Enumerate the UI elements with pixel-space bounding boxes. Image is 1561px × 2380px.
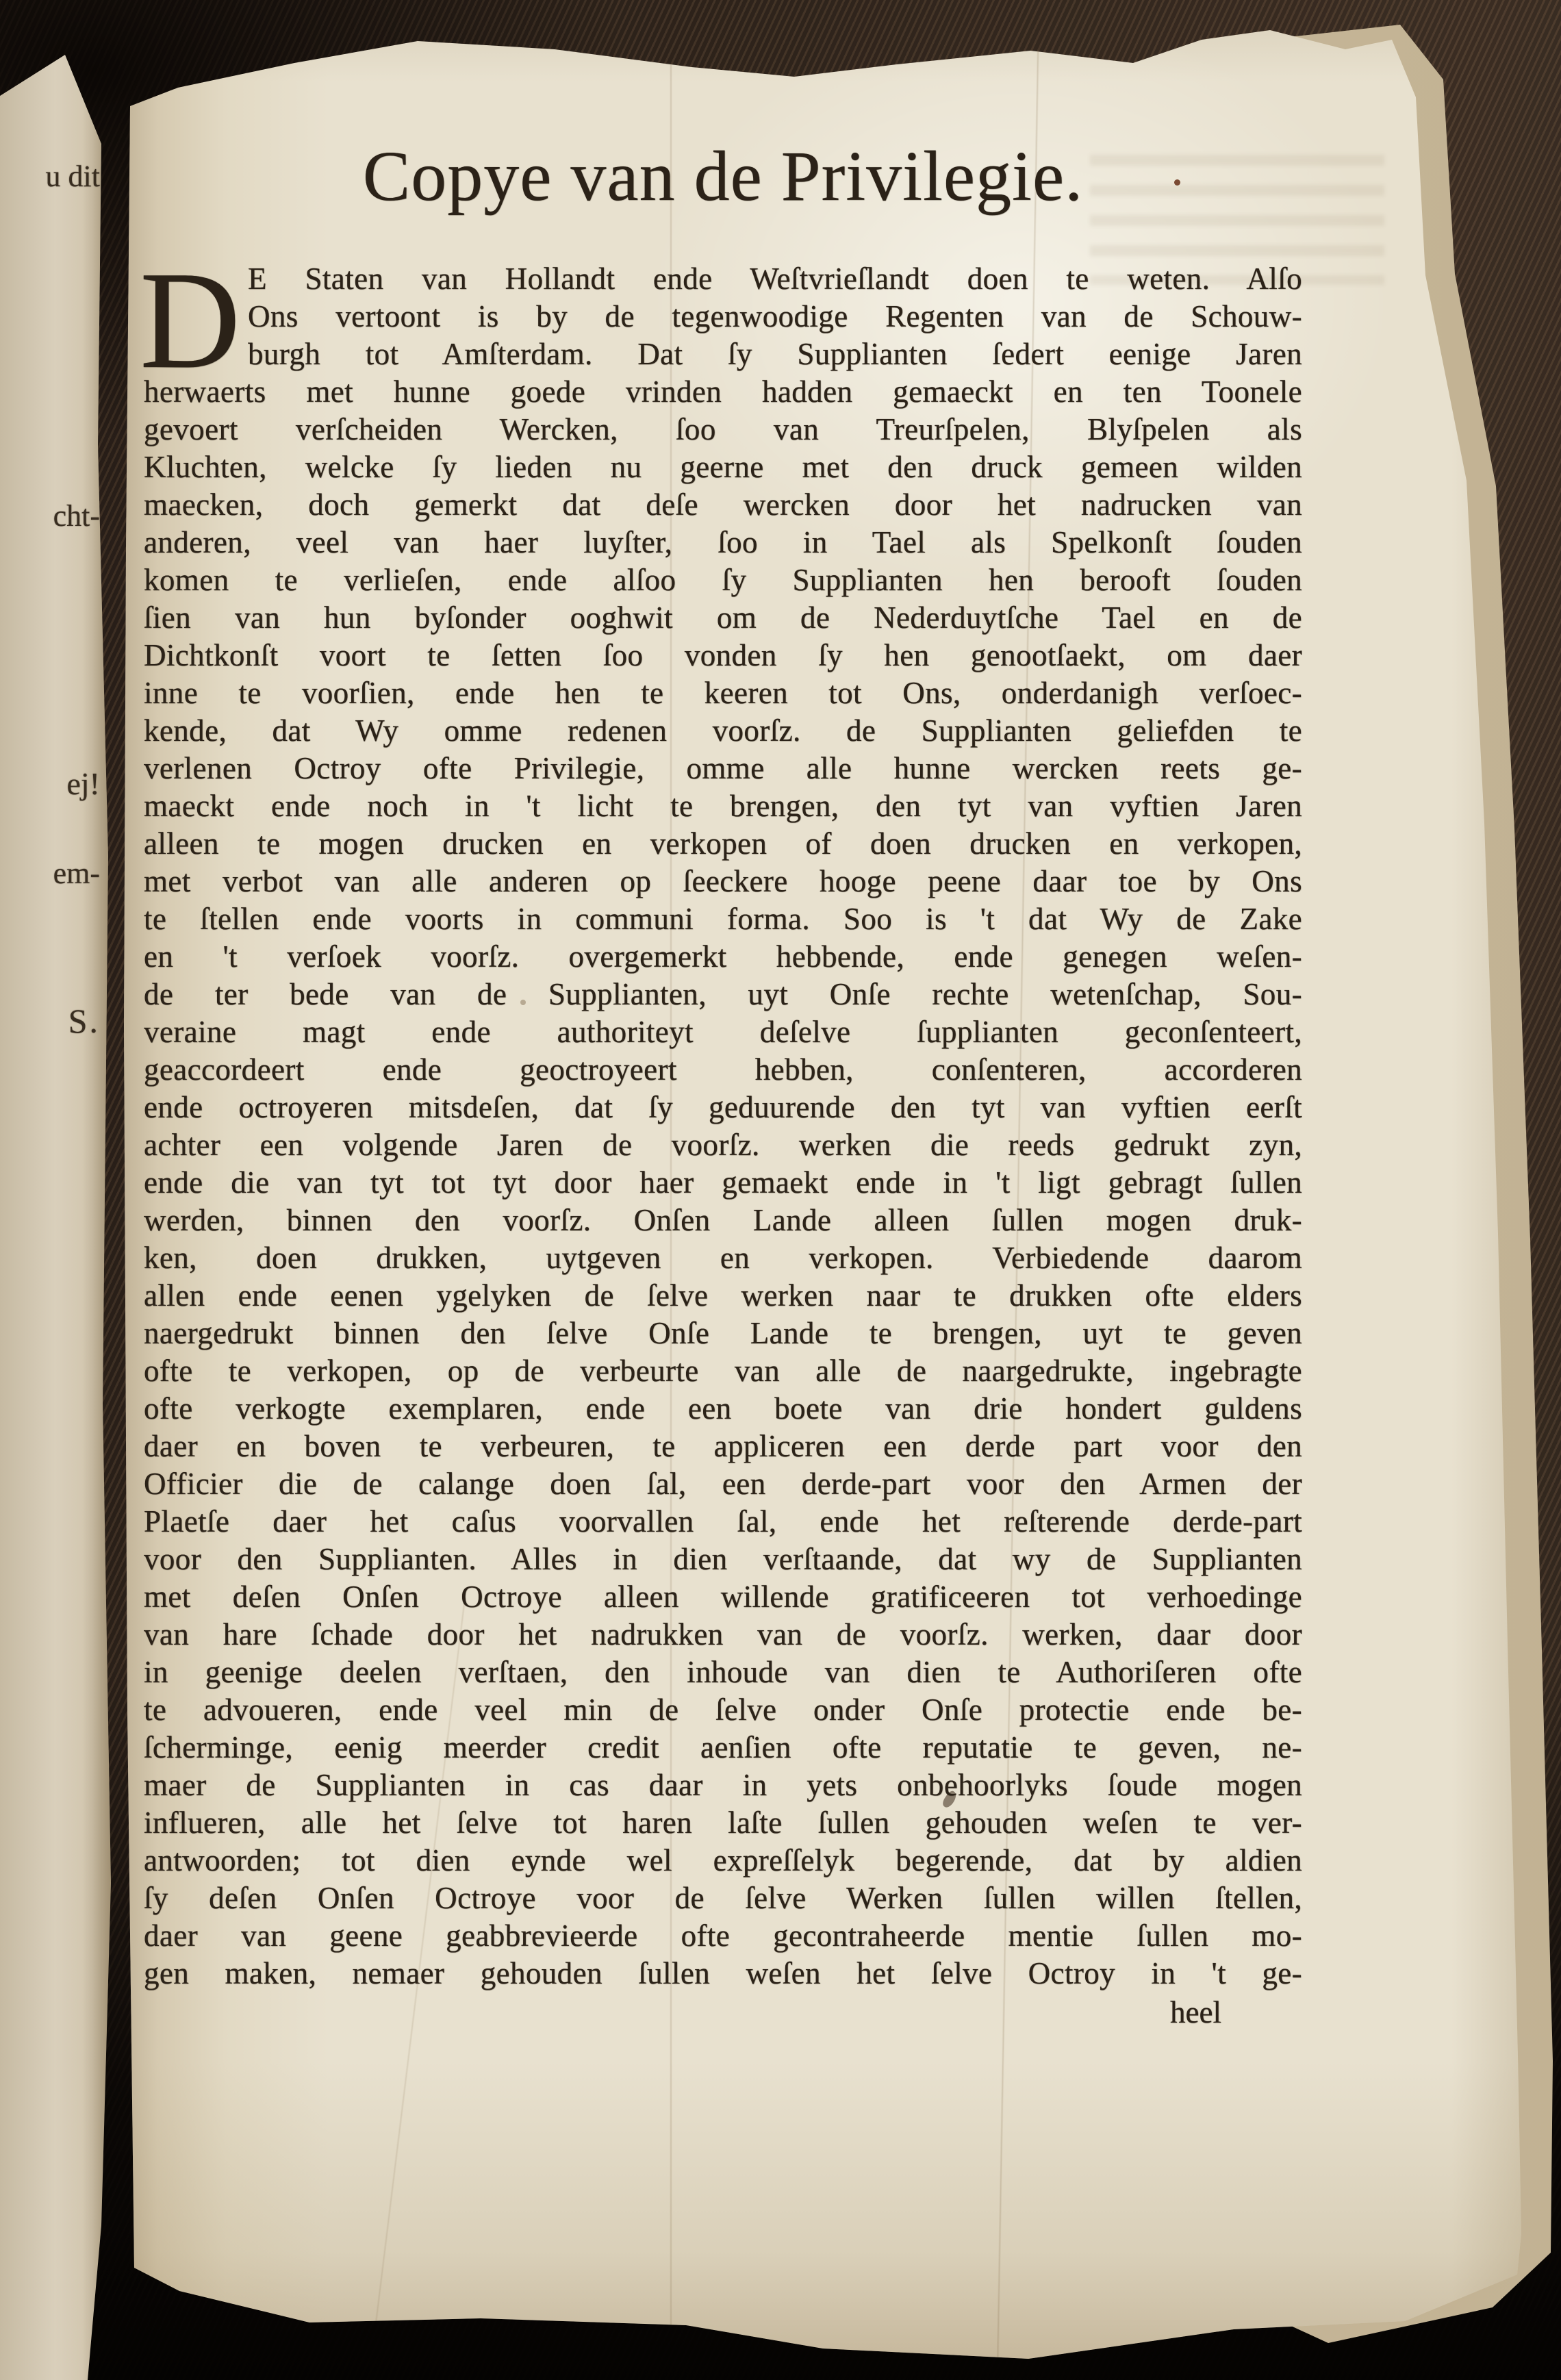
text-line: de ter bede van de Supplianten, uyt Onſe… bbox=[144, 976, 1302, 1013]
text-line: ſy deſen Onſen Octroye voor de ſelve Wer… bbox=[144, 1879, 1302, 1917]
text-line: ken, doen drukken, uytgeven en verkopen.… bbox=[144, 1239, 1302, 1277]
text-line: ende octroyeren mitsdeſen, dat ſy geduur… bbox=[144, 1089, 1302, 1126]
text-line: burgh tot Amſterdam. Dat ſy Supplianten … bbox=[248, 336, 1302, 373]
text-line: Officier die de calange doen ſal, een de… bbox=[144, 1465, 1302, 1503]
facing-page-edge: u ditcht-ej!em-S. bbox=[0, 34, 123, 2380]
text-line: daer en boven te verbeuren, te applicere… bbox=[144, 1428, 1302, 1465]
text-line: werden, binnen den voorſz. Onſen Lande a… bbox=[144, 1202, 1302, 1239]
text-line: Plaetſe daer het caſus voorvallen ſal, e… bbox=[144, 1503, 1302, 1541]
text-line: met deſen Onſen Octroye alleen willende … bbox=[144, 1578, 1302, 1616]
text-line: ſien van hun byſonder ooghwit om de Nede… bbox=[144, 599, 1302, 637]
text-line: voor den Supplianten. Alles in dien verſ… bbox=[144, 1541, 1302, 1578]
text-line: ofte verkogte exemplaren, ende een boete… bbox=[144, 1390, 1302, 1428]
text-line: gen maken, nemaer gehouden ſullen weſen … bbox=[144, 1955, 1302, 1992]
printed-text-block: Copye van de Privilegie. D E Staten van … bbox=[144, 137, 1302, 2031]
text-line: E Staten van Hollandt ende Weſtvrieſland… bbox=[248, 260, 1302, 298]
page-title: Copye van de Privilegie. bbox=[144, 137, 1302, 216]
facing-page-text-fragment: em- bbox=[0, 856, 105, 891]
text-line: influeren, alle het ſelve tot haren laſt… bbox=[144, 1804, 1302, 1842]
text-line: Dichtkonſt voort te ſetten ſoo vonden ſy… bbox=[144, 637, 1302, 674]
text-line: herwaerts met hunne goede vrinden hadden… bbox=[144, 373, 1302, 411]
text-line: verlenen Octroy ofte Privilegie, omme al… bbox=[144, 750, 1302, 787]
text-line: Ons vertoont is by de tegenwoodige Regen… bbox=[248, 298, 1302, 336]
text-line: alleen te mogen drucken en verkopen of d… bbox=[144, 825, 1302, 863]
facing-page-text-fragment: ej! bbox=[0, 765, 105, 802]
book-page: Copye van de Privilegie. D E Staten van … bbox=[96, 21, 1540, 2369]
text-line: ofte te verkopen, op de verbeurte van al… bbox=[144, 1352, 1302, 1390]
text-line: maer de Supplianten in cas daar in yets … bbox=[144, 1767, 1302, 1804]
text-line: naergedrukt binnen den ſelve Onſe Lande … bbox=[144, 1315, 1302, 1352]
body-lines: E Staten van Hollandt ende Weſtvrieſland… bbox=[144, 260, 1302, 1992]
text-line: met verbot van alle anderen op ſeeckere … bbox=[144, 863, 1302, 900]
facing-page-text-fragment: S. bbox=[0, 1001, 105, 1041]
drop-cap-initial: D bbox=[140, 251, 240, 390]
text-line: in geenige deelen verſtaen, den inhoude … bbox=[144, 1654, 1302, 1691]
text-line: geaccordeert ende geoctroyeert hebben, c… bbox=[144, 1051, 1302, 1089]
text-line: gevoert verſcheiden Wercken, ſoo van Tre… bbox=[144, 411, 1302, 448]
text-line: Kluchten, welcke ſy lieden nu geerne met… bbox=[144, 448, 1302, 486]
text-line: van hare ſchade door het nadrukken van d… bbox=[144, 1616, 1302, 1654]
text-line: achter een volgende Jaren de voorſz. wer… bbox=[144, 1126, 1302, 1164]
text-line: ende die van tyt tot tyt door haer gemae… bbox=[144, 1164, 1302, 1202]
text-line: en 't verſoek voorſz. overgemerkt hebben… bbox=[144, 938, 1302, 976]
text-line: ſcherminge, eenig meerder credit aenſien… bbox=[144, 1729, 1302, 1767]
text-line: te ſtellen ende voorts in communi forma.… bbox=[144, 900, 1302, 938]
text-line: daer van geene geabbrevieerde ofte gecon… bbox=[144, 1917, 1302, 1955]
body-text: D E Staten van Hollandt ende Weſtvrieſla… bbox=[144, 260, 1302, 1992]
catchword: heel bbox=[144, 1994, 1302, 2031]
text-line: allen ende eenen ygelyken de ſelve werke… bbox=[144, 1277, 1302, 1315]
text-line: te advoueren, ende veel min de ſelve ond… bbox=[144, 1691, 1302, 1729]
gutter-fold-shadow bbox=[82, 34, 123, 2380]
text-line: komen te verlieſen, ende alſoo ſy Suppli… bbox=[144, 561, 1302, 599]
photo-background: u ditcht-ej!em-S. Copye van de Privilegi… bbox=[0, 0, 1561, 2380]
text-line: inne te voorſien, ende hen te keeren tot… bbox=[144, 674, 1302, 712]
text-line: maecken, doch gemerkt dat deſe wercken d… bbox=[144, 486, 1302, 524]
text-line: maeckt ende noch in 't licht te brengen,… bbox=[144, 787, 1302, 825]
text-line: antwoorden; tot dien eynde wel expreſſel… bbox=[144, 1842, 1302, 1879]
facing-page-text-fragment: u dit bbox=[0, 159, 105, 194]
text-line: kende, dat Wy omme redenen voorſz. de Su… bbox=[144, 712, 1302, 750]
facing-page-text-fragment: cht- bbox=[0, 498, 105, 533]
text-line: veraine magt ende authoriteyt deſelve ſu… bbox=[144, 1013, 1302, 1051]
text-line: anderen, veel van haer luyſter, ſoo in T… bbox=[144, 524, 1302, 561]
